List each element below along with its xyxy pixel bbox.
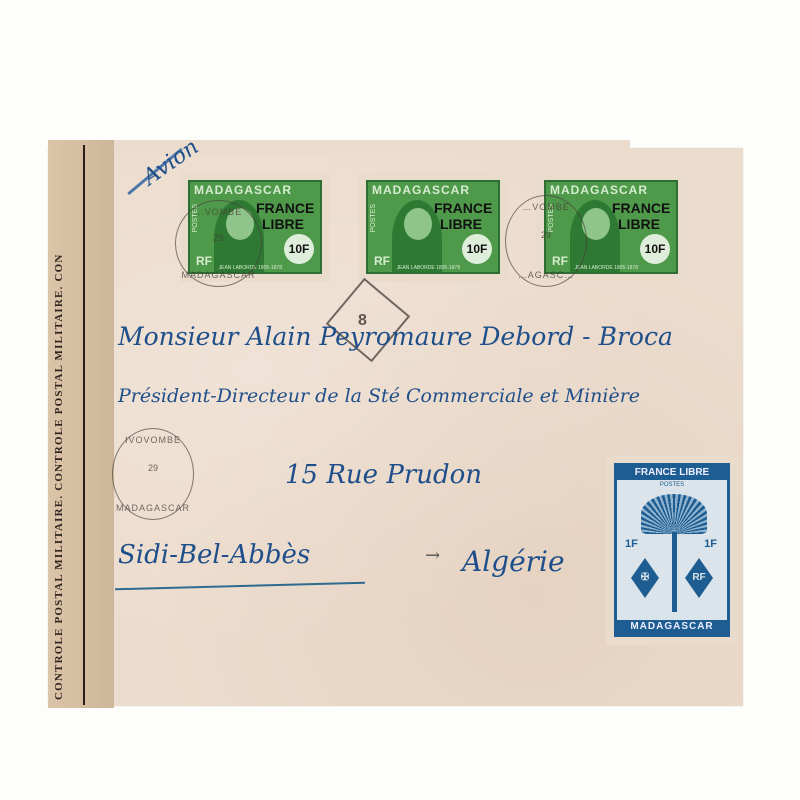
stamp-monogram: RF xyxy=(374,254,390,268)
address-line-4: Sidi-Bel-Abbès xyxy=(118,540,310,570)
stamp-blue-value-right: 1F xyxy=(704,538,717,550)
postmark-date: 29 xyxy=(113,463,193,473)
rf-emblem-icon: RF xyxy=(685,558,713,598)
stamp-postes: POSTES xyxy=(370,204,380,232)
address-line-3: 15 Rue Prudon xyxy=(285,460,482,490)
postmark-2: …VOMBE 29 …AGASC… xyxy=(505,195,587,287)
stamp-green-2: MADAGASCAR POSTES FRANCE LIBRE 10F RF JE… xyxy=(358,172,508,282)
stamp-overprint-1: FRANCE xyxy=(434,200,492,216)
postmark-name: …VOMBE xyxy=(506,202,586,212)
address-line-5: Algérie xyxy=(462,545,565,578)
postmark-date: 29 xyxy=(506,230,586,240)
stamp-blue-title: FRANCE LIBRE xyxy=(617,466,727,480)
stamp-blue: FRANCE LIBRE POSTES 1F 1F ✠ RF MADAGASCA… xyxy=(606,455,738,645)
arrow-icon: → xyxy=(425,545,440,566)
stamp-blue-value-left: 1F xyxy=(625,538,638,550)
postmark-name: IVOVOMBE xyxy=(113,435,193,445)
postmark-3: IVOVOMBE 29 MADAGASCAR xyxy=(112,428,194,520)
postmark-1: …VOMBE 29 MADAGASCAR xyxy=(175,200,262,287)
stamp-value: 10F xyxy=(640,234,670,264)
postmark-country: MADAGASCAR xyxy=(113,503,193,513)
stamp-overprint-1: FRANCE xyxy=(256,200,314,216)
stamp-value: 10F xyxy=(284,234,314,264)
stamp-country: MADAGASCAR xyxy=(194,183,292,197)
stamp-blue-postes: POSTES xyxy=(617,482,727,488)
stamp-country: MADAGASCAR xyxy=(550,183,648,197)
censor-tape-text: CONTROLE POSTAL MILITAIRE. CONTROLE POST… xyxy=(53,253,65,700)
palm-trunk-icon xyxy=(672,532,677,612)
stamp-overprint-2: LIBRE xyxy=(618,216,660,232)
stamp-overprint-2: LIBRE xyxy=(440,216,482,232)
cross-of-lorraine-icon: ✠ xyxy=(631,558,659,598)
postmark-date: 29 xyxy=(176,233,261,243)
stamp-country: MADAGASCAR xyxy=(372,183,470,197)
postmark-name: …VOMBE xyxy=(176,207,261,217)
stamp-blue-country: MADAGASCAR xyxy=(617,620,727,634)
stamp-overprint-2: LIBRE xyxy=(262,216,304,232)
address-line-2: Président-Directeur de la Sté Commercial… xyxy=(118,385,640,407)
censor-tape-rule xyxy=(83,145,85,705)
stamp-value: 10F xyxy=(462,234,492,264)
stamp-overprint-1: FRANCE xyxy=(612,200,670,216)
postmark-country: MADAGASCAR xyxy=(176,270,261,280)
address-line-1: Monsieur Alain Peyromaure Debord - Broca xyxy=(118,322,673,351)
stamp-caption: JEAN LABORDE 1805-1878 xyxy=(397,265,460,271)
postmark-country: …AGASC… xyxy=(506,270,586,280)
face-icon xyxy=(404,208,432,240)
travellers-palm-icon xyxy=(641,494,707,534)
